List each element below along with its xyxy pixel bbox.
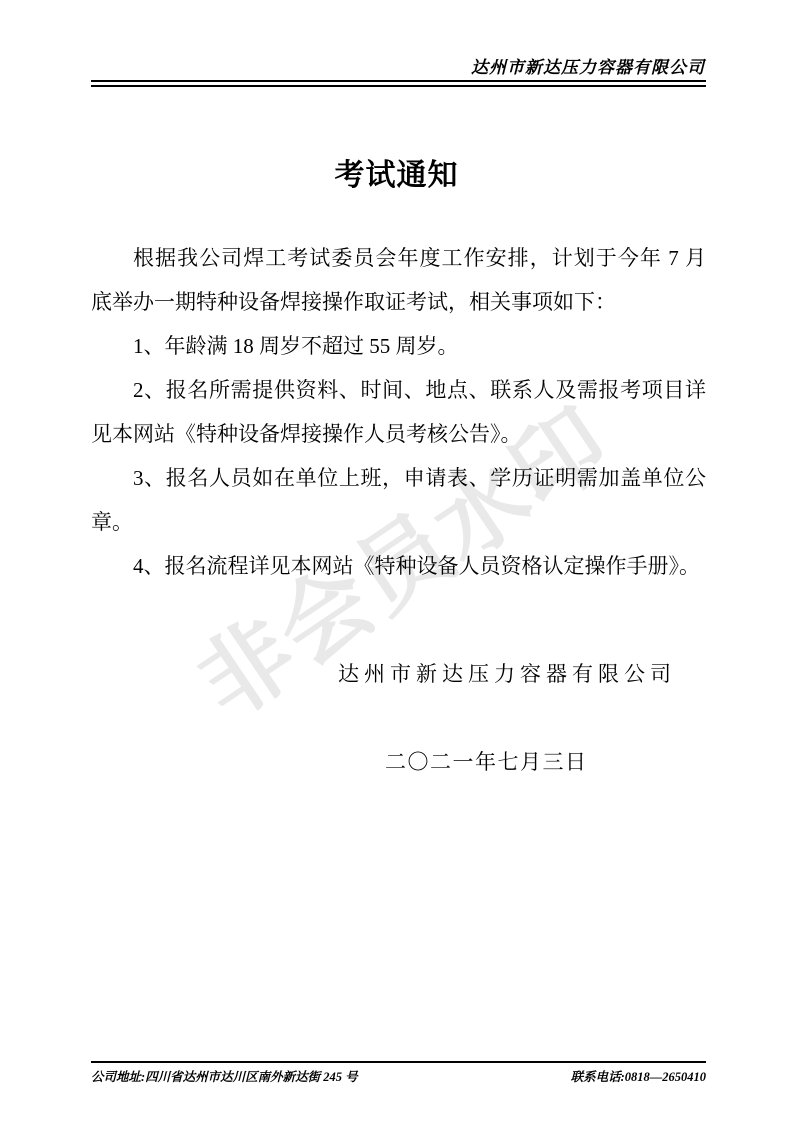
body-text: 根据我公司焊工考试委员会年度工作安排，计划于今年 7 月 底举办一期特种设备焊接… bbox=[91, 236, 706, 588]
header-double-rule bbox=[91, 80, 706, 87]
footer: 公司地址:四川省达州市达川区南外新达街 245 号 联系电话:0818—2650… bbox=[91, 1061, 706, 1085]
signature-date: 二〇二一年七月三日 bbox=[385, 746, 588, 776]
footer-company-address: 公司地址:四川省达州市达川区南外新达街 245 号 bbox=[91, 1067, 358, 1085]
body-line: 1、年龄满 18 周岁不超过 55 周岁。 bbox=[91, 324, 706, 368]
page-title: 考试通知 bbox=[0, 150, 793, 194]
body-line: 4、报名流程详见本网站《特种设备人员资格认定操作手册》。 bbox=[91, 544, 706, 588]
body-line: 章。 bbox=[91, 500, 706, 544]
body-line: 根据我公司焊工考试委员会年度工作安排，计划于今年 7 月 bbox=[91, 236, 706, 280]
document-page: 非会员水印 达州市新达压力容器有限公司 考试通知 根据我公司焊工考试委员会年度工… bbox=[0, 0, 793, 1122]
body-line: 见本网站《特种设备焊接操作人员考核公告》。 bbox=[91, 412, 706, 456]
body-line: 底举办一期特种设备焊接操作取证考试，相关事项如下： bbox=[91, 280, 706, 324]
body-line: 3、报名人员如在单位上班，申请表、学历证明需加盖单位公 bbox=[91, 456, 706, 500]
signature-company-name: 达州市新达压力容器有限公司 bbox=[338, 658, 676, 688]
document-content: 达州市新达压力容器有限公司 考试通知 根据我公司焊工考试委员会年度工作安排，计划… bbox=[0, 0, 793, 1122]
footer-contact-phone: 联系电话:0818—2650410 bbox=[571, 1067, 706, 1085]
header-company-name: 达州市新达压力容器有限公司 bbox=[471, 53, 705, 78]
body-line: 2、报名所需提供资料、时间、地点、联系人及需报考项目详 bbox=[91, 368, 706, 412]
